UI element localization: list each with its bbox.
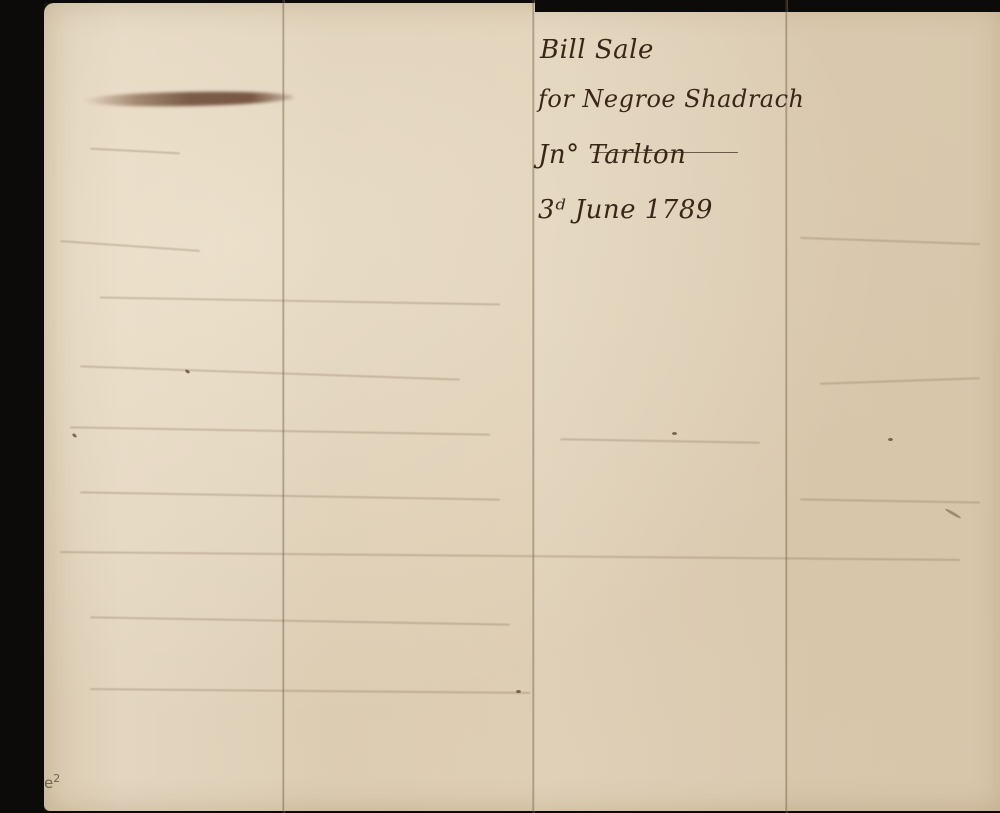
docket-subject: for Negroe Shadrach: [538, 85, 805, 113]
docket-party: Jn° Tarlton: [538, 140, 686, 170]
docket-title: Bill Sale: [540, 35, 654, 65]
ink-speck: [888, 438, 893, 441]
docket-date: 3ᵈ June 1789: [538, 195, 713, 225]
catalog-mark-number: 2: [53, 772, 60, 785]
ink-speck: [672, 432, 677, 435]
scan-edge-top: [535, 0, 1000, 12]
fold-line-2: [532, 0, 535, 813]
paper-panel-3: [533, 3, 786, 811]
ink-speck: [516, 690, 521, 693]
fold-line-3: [785, 0, 788, 813]
catalog-mark-letter: e: [44, 774, 53, 792]
catalog-mark: e2: [44, 772, 60, 792]
